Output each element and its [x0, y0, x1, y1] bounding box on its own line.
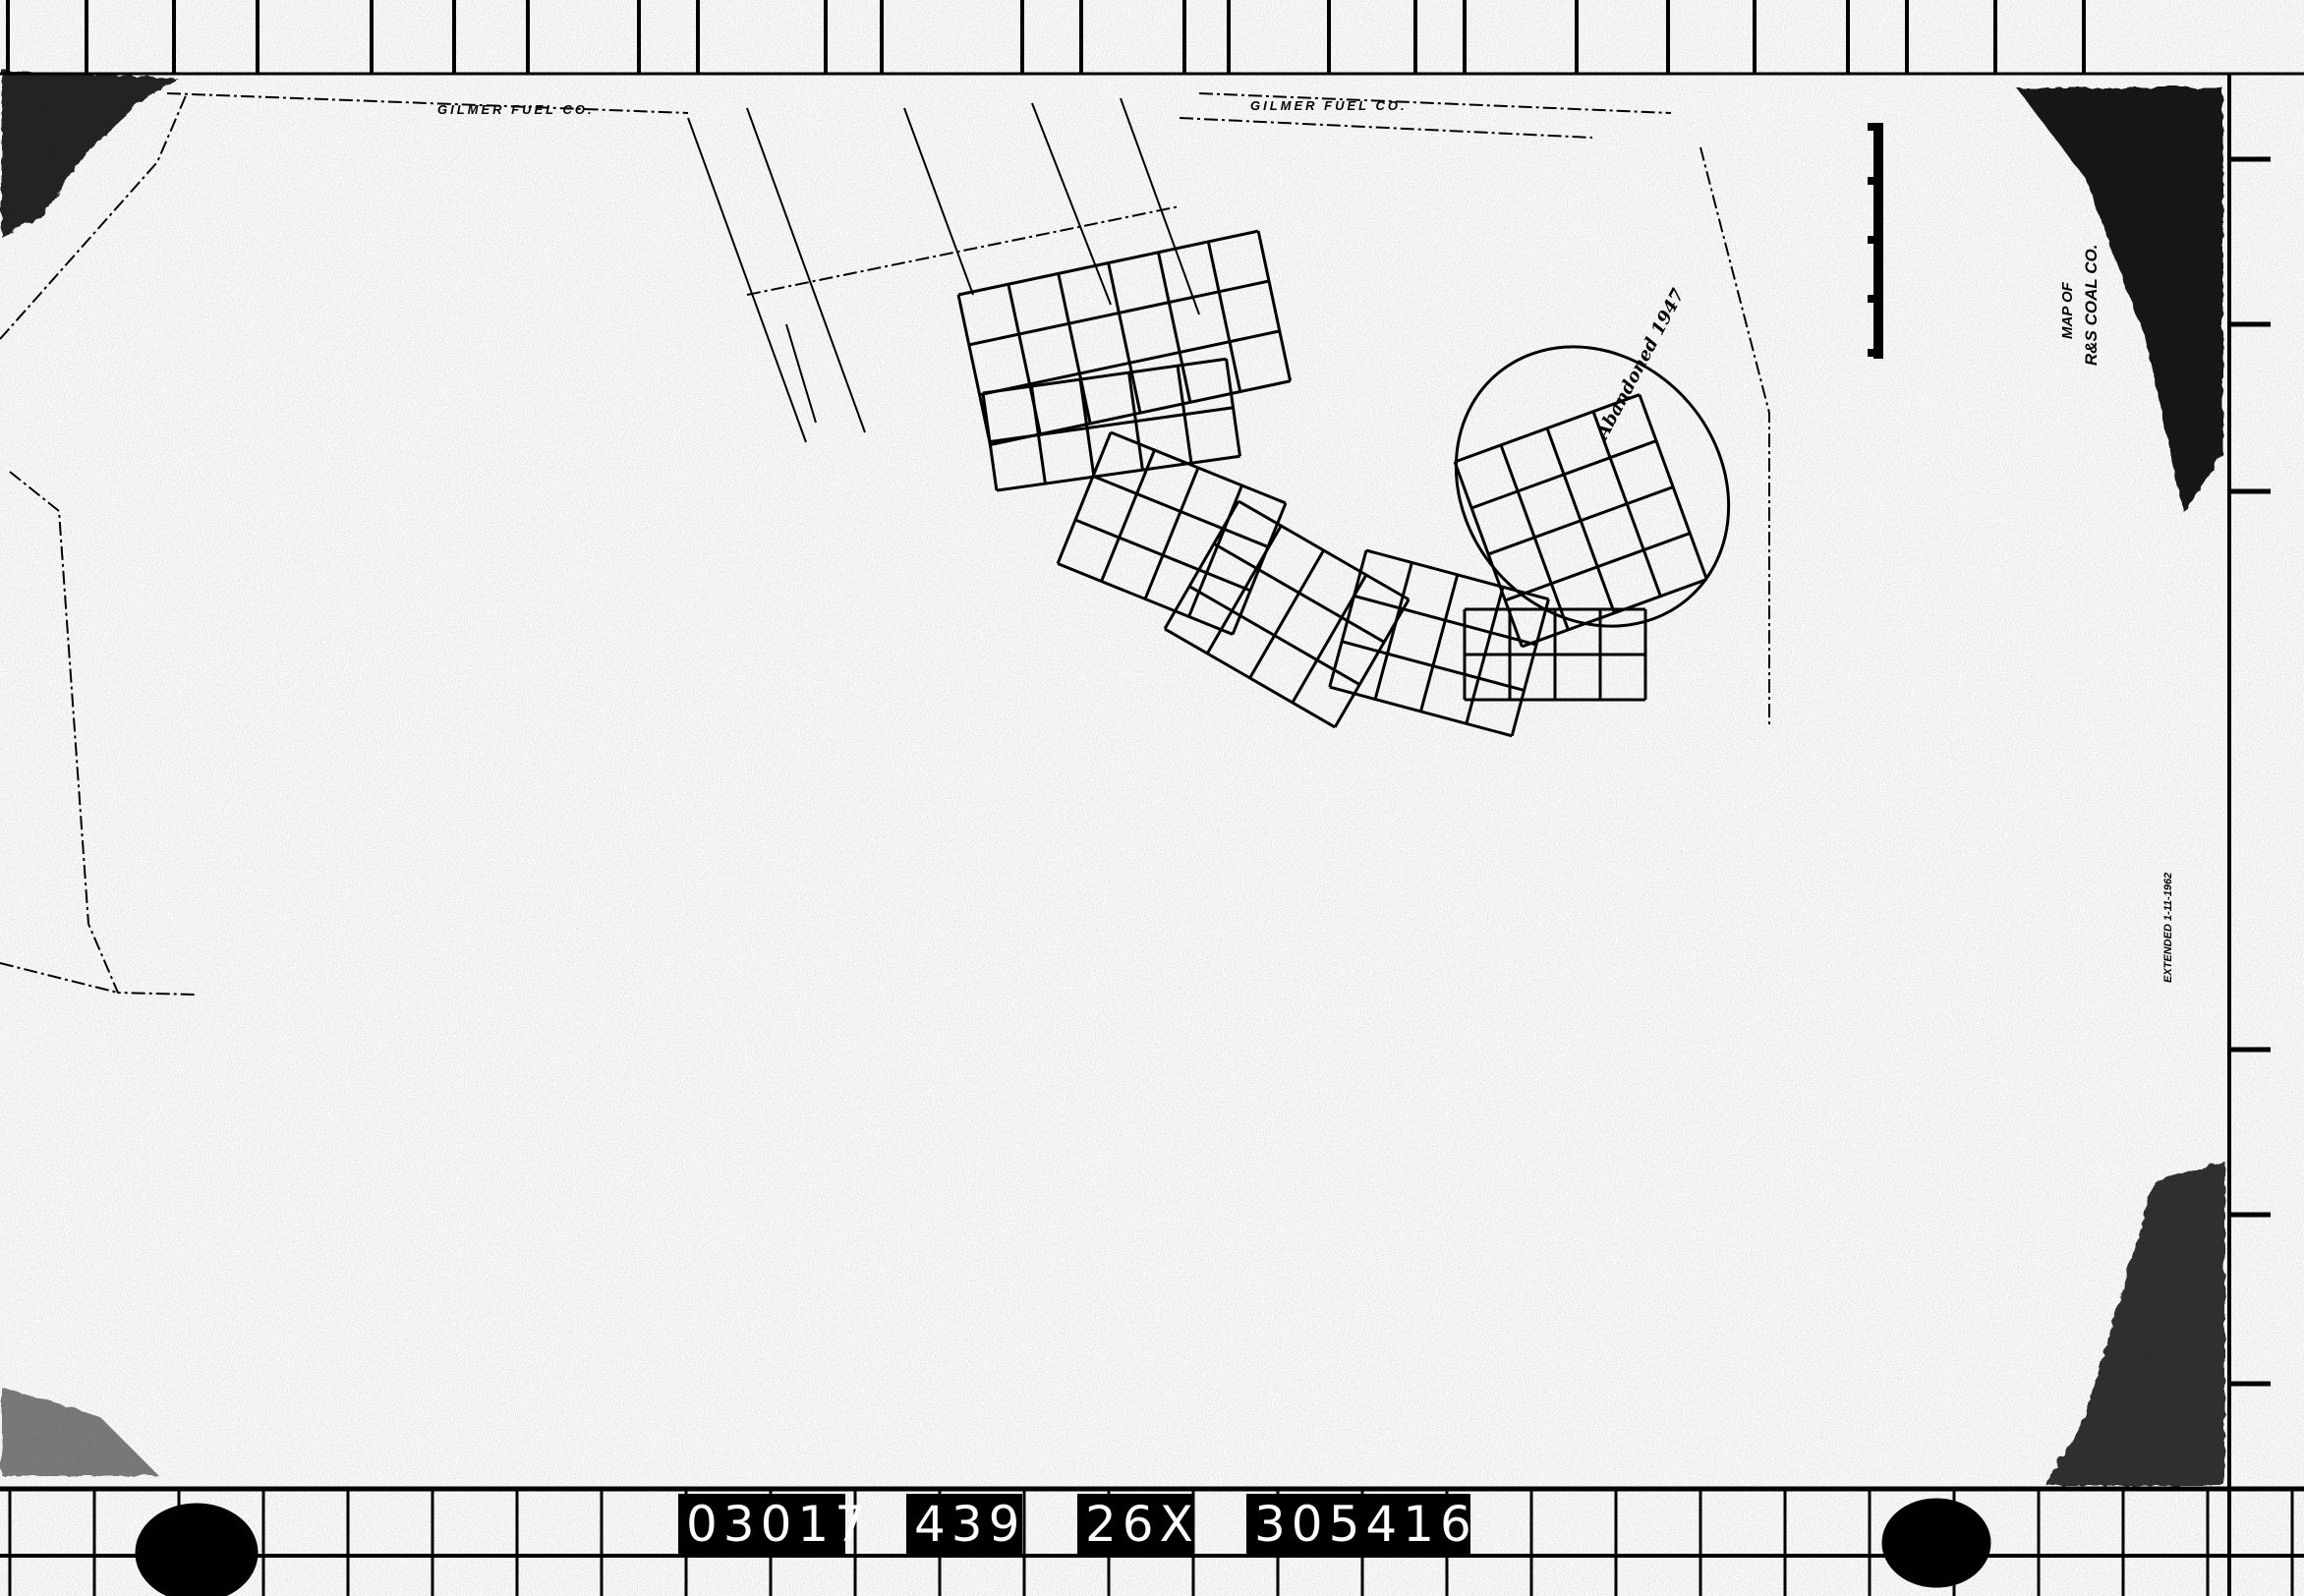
- map-title-line2: R&S COAL CO.: [2082, 245, 2102, 366]
- adjoining-owner-label-left: GILMER FUEL CO.: [437, 102, 595, 117]
- film-frame-number-4: 305416: [1246, 1494, 1470, 1555]
- film-frame-number-3: 26X: [1077, 1494, 1193, 1555]
- extended-note: EXTENDED 1-11-1962: [2162, 873, 2174, 983]
- mine-map-scan: [0, 0, 2304, 1596]
- film-frame-number-1: 03017: [678, 1494, 845, 1555]
- film-frame-number-2: 439: [906, 1494, 1022, 1555]
- map-title-line1: MAP OF: [2059, 282, 2076, 339]
- adjoining-owner-label-right: GILMER FUEL CO.: [1250, 98, 1408, 113]
